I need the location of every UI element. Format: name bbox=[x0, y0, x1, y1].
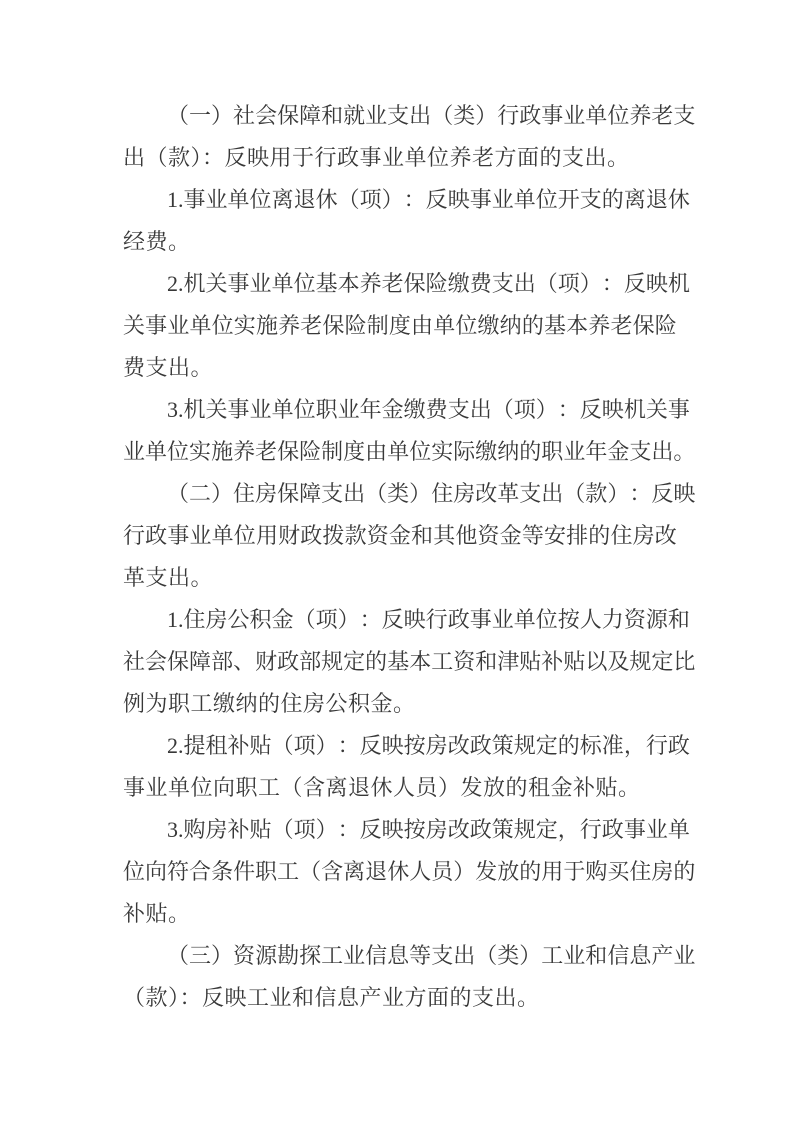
text-line: 行政事业单位用财政拨款资金和其他资金等安排的住房改 bbox=[123, 515, 677, 557]
text-line: 经费。 bbox=[123, 221, 677, 263]
text-line: 2.机关事业单位基本养老保险缴费支出（项）：反映机 bbox=[123, 263, 677, 305]
text-line: （二）住房保障支出（类）住房改革支出（款）：反映 bbox=[123, 473, 677, 515]
paragraph-9: （三）资源勘探工业信息等支出（类）工业和信息产业（款）：反映工业和信息产业方面的… bbox=[123, 935, 677, 1019]
text-line: 1.住房公积金（项）：反映行政事业单位按人力资源和 bbox=[123, 599, 677, 641]
paragraph-8: 3.购房补贴（项）：反映按房改政策规定，行政事业单位向符合条件职工（含离退休人员… bbox=[123, 809, 677, 935]
text-line: 业单位实施养老保险制度由单位实际缴纳的职业年金支出。 bbox=[123, 431, 677, 473]
document-page: （一）社会保障和就业支出（类）行政事业单位养老支出（款）：反映用于行政事业单位养… bbox=[0, 0, 800, 1131]
text-line: 3.机关事业单位职业年金缴费支出（项）：反映机关事 bbox=[123, 389, 677, 431]
text-line: 例为职工缴纳的住房公积金。 bbox=[123, 683, 677, 725]
paragraph-2: 1.事业单位离退休（项）：反映事业单位开支的离退休经费。 bbox=[123, 179, 677, 263]
text-line: 3.购房补贴（项）：反映按房改政策规定，行政事业单 bbox=[123, 809, 677, 851]
text-line: （款）：反映工业和信息产业方面的支出。 bbox=[123, 977, 677, 1019]
text-line: 补贴。 bbox=[123, 893, 677, 935]
paragraph-7: 2.提租补贴（项）：反映按房改政策规定的标准，行政事业单位向职工（含离退休人员）… bbox=[123, 725, 677, 809]
text-line: 出（款）：反映用于行政事业单位养老方面的支出。 bbox=[123, 137, 677, 179]
text-line: （一）社会保障和就业支出（类）行政事业单位养老支 bbox=[123, 95, 677, 137]
paragraph-5: （二）住房保障支出（类）住房改革支出（款）：反映行政事业单位用财政拨款资金和其他… bbox=[123, 473, 677, 599]
text-line: 1.事业单位离退休（项）：反映事业单位开支的离退休 bbox=[123, 179, 677, 221]
text-line: 关事业单位实施养老保险制度由单位缴纳的基本养老保险 bbox=[123, 305, 677, 347]
paragraph-1: （一）社会保障和就业支出（类）行政事业单位养老支出（款）：反映用于行政事业单位养… bbox=[123, 95, 677, 179]
text-line: 事业单位向职工（含离退休人员）发放的租金补贴。 bbox=[123, 767, 677, 809]
text-line: 社会保障部、财政部规定的基本工资和津贴补贴以及规定比 bbox=[123, 641, 677, 683]
text-line: 革支出。 bbox=[123, 557, 677, 599]
paragraph-4: 3.机关事业单位职业年金缴费支出（项）：反映机关事业单位实施养老保险制度由单位实… bbox=[123, 389, 677, 473]
text-line: 2.提租补贴（项）：反映按房改政策规定的标准，行政 bbox=[123, 725, 677, 767]
text-line: 位向符合条件职工（含离退休人员）发放的用于购买住房的 bbox=[123, 851, 677, 893]
document-body: （一）社会保障和就业支出（类）行政事业单位养老支出（款）：反映用于行政事业单位养… bbox=[123, 95, 677, 1019]
text-line: （三）资源勘探工业信息等支出（类）工业和信息产业 bbox=[123, 935, 677, 977]
paragraph-3: 2.机关事业单位基本养老保险缴费支出（项）：反映机关事业单位实施养老保险制度由单… bbox=[123, 263, 677, 389]
paragraph-6: 1.住房公积金（项）：反映行政事业单位按人力资源和社会保障部、财政部规定的基本工… bbox=[123, 599, 677, 725]
text-line: 费支出。 bbox=[123, 347, 677, 389]
